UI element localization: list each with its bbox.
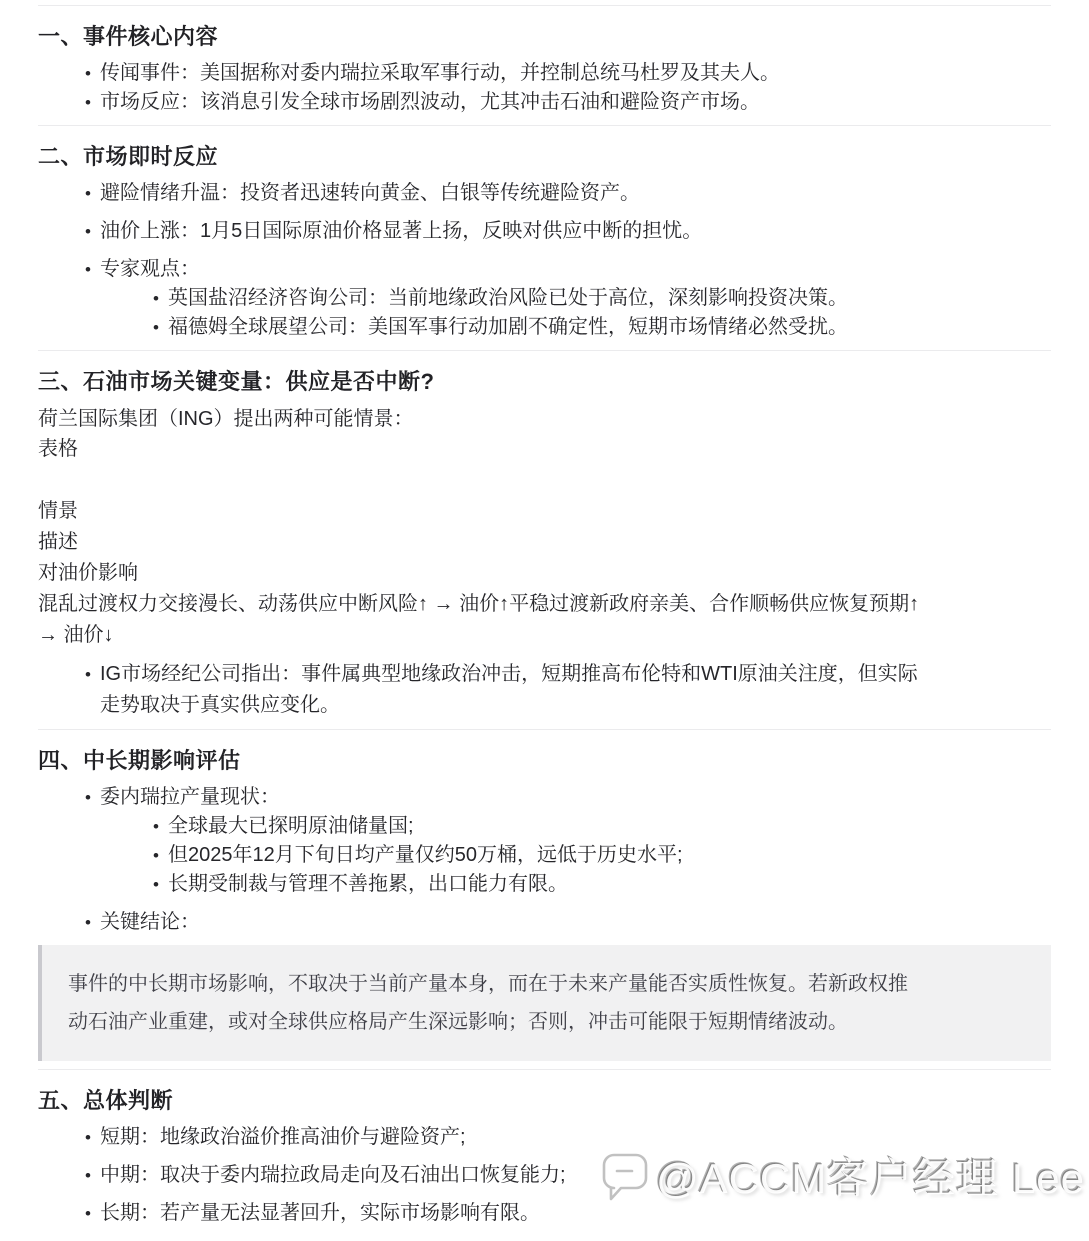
nested-bullet-list: 全球最大已探明原油储量国; 但2025年12月下旬日均产量仅约50万桶，远低于历… xyxy=(100,812,1051,899)
bullet-item: 避险情绪升温：投资者迅速转向黄金、白银等传统避险资产。 xyxy=(100,179,1051,208)
bullet-list: 传闻事件：美国据称对委内瑞拉采取军事行动，并控制总统马杜罗及其夫人。 市场反应：… xyxy=(38,59,1051,117)
section-market-reaction: 二、市场即时反应 避险情绪升温：投资者迅速转向黄金、白银等传统避险资产。 油价上… xyxy=(38,143,1051,342)
bullet-item: 短期：地缘政治溢价推高油价与避险资产; xyxy=(100,1123,1051,1152)
section-divider xyxy=(38,729,1051,730)
section-divider xyxy=(38,125,1051,126)
bullet-list: 避险情绪升温：投资者迅速转向黄金、白银等传统避险资产。 油价上涨：1月5日国际原… xyxy=(38,179,1051,342)
bullet-item: 但2025年12月下旬日均产量仅约50万桶，远低于历史水平; xyxy=(168,841,1051,870)
bullet-item: 长期：若产量无法显著回升，实际市场影响有限。 xyxy=(100,1199,1051,1228)
callout-text: 事件的中长期市场影响，不取决于当前产量本身，而在于未来产量能否实质性恢复。若新政… xyxy=(68,965,1025,1041)
section-title: 五、总体判断 xyxy=(38,1087,1051,1115)
bullet-item: 福德姆全球展望公司：美国军事行动加剧不确定性，短期市场情绪必然受扰。 xyxy=(168,313,1051,342)
bullet-text: 专家观点： xyxy=(100,258,200,280)
bullet-item: 专家观点： 英国盐沼经济咨询公司：当前地缘政治风险已处于高位，深刻影响投资决策。… xyxy=(100,255,1051,342)
section-title: 四、中长期影响评估 xyxy=(38,747,1051,775)
table-text-block: 情景 描述 对油价影响 混乱过渡权力交接漫长、动荡供应中断风险↑ → 油价↑平稳… xyxy=(38,496,1051,651)
bullet-item: 委内瑞拉产量现状： 全球最大已探明原油储量国; 但2025年12月下旬日均产量仅… xyxy=(100,783,1051,899)
bullet-item: 油价上涨：1月5日国际原油价格显著上扬，反映对供应中断的担忧。 xyxy=(100,217,1051,246)
bullet-list: 短期：地缘政治溢价推高油价与避险资产; 中期：取决于委内瑞拉政局走向及石油出口恢… xyxy=(38,1123,1051,1228)
bullet-item: 英国盐沼经济咨询公司：当前地缘政治风险已处于高位，深刻影响投资决策。 xyxy=(168,284,1051,313)
nested-bullet-list: 英国盐沼经济咨询公司：当前地缘政治风险已处于高位，深刻影响投资决策。 福德姆全球… xyxy=(100,284,1051,342)
intro-paragraph: 荷兰国际集团（ING）提出两种可能情景： 表格 xyxy=(38,404,1051,464)
bullet-item: IG市场经纪公司指出：事件属典型地缘政治冲击，短期推高布伦特和WTI原油关注度，… xyxy=(100,659,1051,721)
bullet-item: 长期受制裁与管理不善拖累，出口能力有限。 xyxy=(168,870,1051,899)
bullet-list: IG市场经纪公司指出：事件属典型地缘政治冲击，短期推高布伦特和WTI原油关注度，… xyxy=(38,659,1051,721)
bullet-item: 中期：取决于委内瑞拉政局走向及石油出口恢复能力; xyxy=(100,1161,1051,1190)
document-page: 一、事件核心内容 传闻事件：美国据称对委内瑞拉采取军事行动，并控制总统马杜罗及其… xyxy=(0,0,1089,1228)
bullet-item: 全球最大已探明原油储量国; xyxy=(168,812,1051,841)
section-divider xyxy=(38,1069,1051,1070)
section-event-core: 一、事件核心内容 传闻事件：美国据称对委内瑞拉采取军事行动，并控制总统马杜罗及其… xyxy=(38,23,1051,117)
bullet-list: 委内瑞拉产量现状： 全球最大已探明原油储量国; 但2025年12月下旬日均产量仅… xyxy=(38,783,1051,937)
key-conclusion-callout: 事件的中长期市场影响，不取决于当前产量本身，而在于未来产量能否实质性恢复。若新政… xyxy=(38,945,1051,1061)
section-oil-supply: 三、石油市场关键变量：供应是否中断? 荷兰国际集团（ING）提出两种可能情景： … xyxy=(38,368,1051,721)
bullet-item: 传闻事件：美国据称对委内瑞拉采取军事行动，并控制总统马杜罗及其夫人。 xyxy=(100,59,1051,88)
section-divider xyxy=(38,5,1051,6)
section-title: 二、市场即时反应 xyxy=(38,143,1051,171)
section-overall-judgement: 五、总体判断 短期：地缘政治溢价推高油价与避险资产; 中期：取决于委内瑞拉政局走… xyxy=(38,1087,1051,1228)
bullet-text: 委内瑞拉产量现状： xyxy=(100,786,280,808)
document-body: { "sections": { "s1": { "title": "一、事件核心… xyxy=(0,0,1089,1241)
section-midlong-impact: 四、中长期影响评估 委内瑞拉产量现状： 全球最大已探明原油储量国; 但2025年… xyxy=(38,747,1051,1061)
bullet-item: 关键结论： xyxy=(100,908,1051,937)
section-title: 三、石油市场关键变量：供应是否中断? xyxy=(38,368,1051,396)
section-divider xyxy=(38,350,1051,351)
bullet-item: 市场反应：该消息引发全球市场剧烈波动，尤其冲击石油和避险资产市场。 xyxy=(100,88,1051,117)
section-title: 一、事件核心内容 xyxy=(38,23,1051,51)
